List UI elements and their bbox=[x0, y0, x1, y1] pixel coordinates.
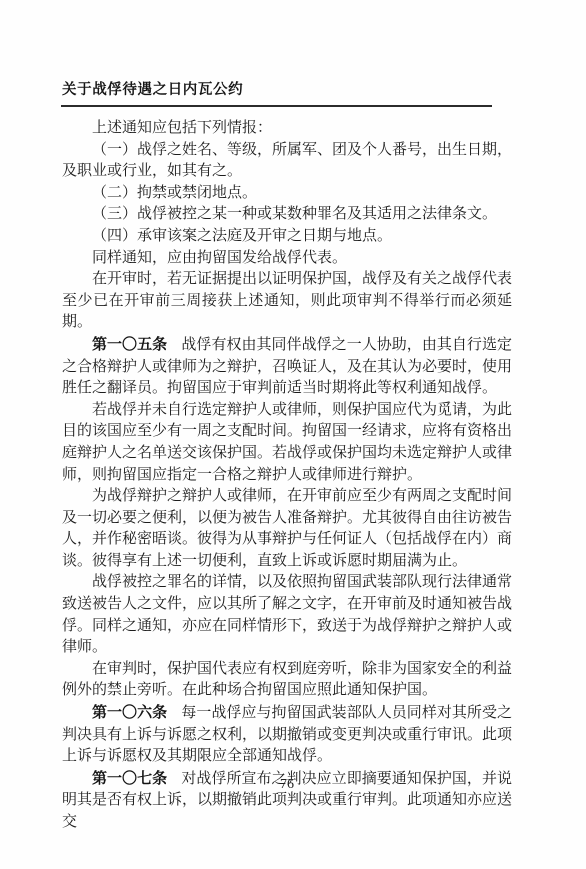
paragraph: 在开审时，若无证据提出以证明保护国，战俘及有关之战俘代表至少已在开审前三周接获上… bbox=[62, 269, 512, 334]
paragraph-article-106: 第一〇六条每一战俘应与拘留国武装部队人员同样对其所受之判决具有上诉与诉愿之权利，… bbox=[62, 702, 512, 768]
paragraph: （二）拘禁或禁闭地点。 bbox=[62, 183, 512, 205]
paragraph: 为战俘辩护之辩护人或律师，在开审前应至少有两周之支配时间及一切必要之便利，以便为… bbox=[62, 486, 512, 572]
running-header-title: 关于战俘待遇之日内瓦公约 bbox=[62, 82, 512, 98]
paragraph: 同样通知，应由拘留国发给战俘代表。 bbox=[62, 248, 512, 270]
header-rule bbox=[61, 105, 492, 107]
paragraph: 战俘被控之罪名的详情，以及依照拘留国武装部队现行法律通常致送被告人之文件，应以其… bbox=[62, 572, 512, 658]
paragraph: （一）战俘之姓名、等级，所属军、团及个人番号，出生日期，及职业或行业，如其有之。 bbox=[62, 140, 512, 183]
page-body: 上述通知应包括下列情报： （一）战俘之姓名、等级，所属军、团及个人番号，出生日期… bbox=[62, 118, 512, 834]
document-page: 关于战俘待遇之日内瓦公约 上述通知应包括下列情报： （一）战俘之姓名、等级，所属… bbox=[0, 0, 586, 869]
paragraph: （四）承审该案之法庭及开审之日期与地点。 bbox=[62, 226, 512, 248]
article-number-106: 第一〇六条 bbox=[92, 704, 167, 721]
page-number: 76 bbox=[62, 776, 512, 794]
paragraph: 若战俘并未自行选定辩护人或律师，则保护国应代为觅请，为此目的该国应至少有一周之支… bbox=[62, 400, 512, 486]
paragraph: （三）战俘被控之某一种或某数种罪名及其适用之法律条文。 bbox=[62, 204, 512, 226]
paragraph: 上述通知应包括下列情报： bbox=[62, 118, 512, 140]
paragraph: 在审判时，保护国代表应有权到庭旁听，除非为国家安全的利益例外的禁止旁听。在此种场… bbox=[62, 659, 512, 702]
article-number-105: 第一〇五条 bbox=[92, 336, 167, 353]
paragraph-article-105: 第一〇五条战俘有权由其同伴战俘之一人协助，由其自行选定之合格辩护人或律师为之辩护… bbox=[62, 334, 512, 400]
